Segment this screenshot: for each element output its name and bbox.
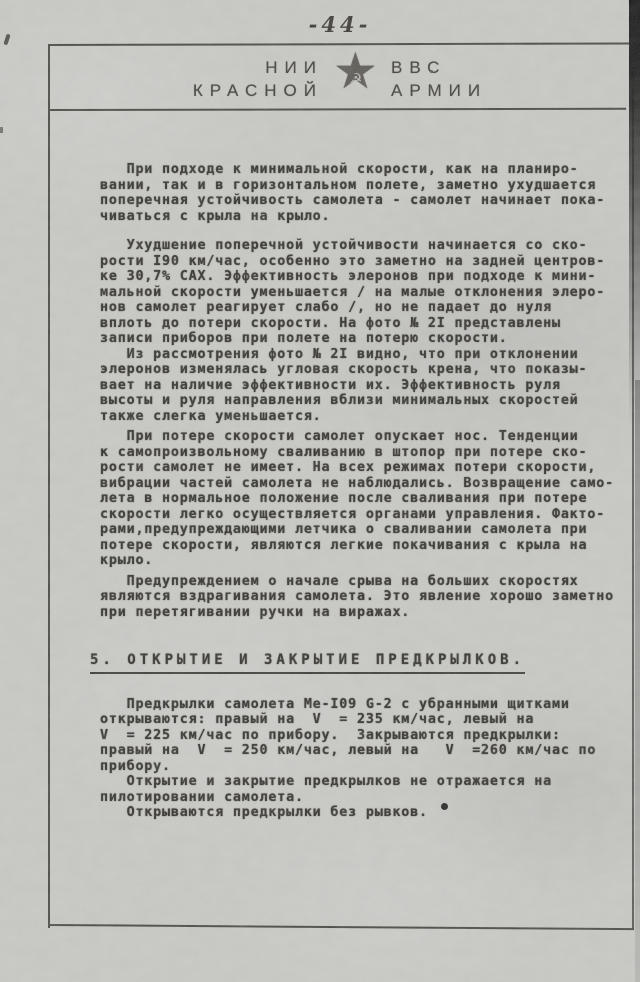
text-line: рости I90 км/час, особенно это заметно н… (100, 254, 626, 270)
ink-speck (441, 803, 448, 810)
text-line: высоты и руля направления вблизи минимал… (100, 393, 626, 409)
org-name-armii: АРМИИ (391, 79, 487, 102)
text-line: записи приборов при полете на потерю ско… (100, 331, 626, 347)
section-heading-wrap: 5. ОТКРЫТИЕ И ЗАКРЫТИЕ ПРЕДКРЫЛКОВ. (90, 653, 626, 674)
masthead-right-column: ВВС АРМИИ (391, 56, 487, 102)
scan-shadow-right-top (629, 0, 640, 430)
text-line: Предкрылки самолета Ме-I09 G-2 с убранны… (100, 697, 626, 713)
page-number: -44- (40, 12, 640, 37)
text-line: вает на наличие эффективности их. Эффект… (100, 378, 626, 394)
scan-shadow-right-bottom (635, 380, 640, 982)
text-line: правый на V = 250 км/час, левый на V =26… (100, 743, 626, 759)
text-line: Из рассмотрения фото № 2I видно, что при… (100, 347, 626, 363)
scan-speck-left-edge-2 (0, 127, 3, 133)
frame-rule-left (48, 44, 50, 928)
text-line: являются вздрагивания самолета. Это явле… (100, 589, 626, 605)
text-line: Открытие и закрытие предкрылков не отраж… (100, 774, 626, 790)
paragraph-lateral-stability-intro: При подходе к минимальной скорости, как … (100, 162, 626, 224)
text-line: V = 225 км/час по прибору. Закрываются п… (100, 728, 626, 744)
text-line: открываются: правый на V = 235 км/час, л… (100, 712, 626, 728)
paragraph-stability-degradation: Ухудшение поперечной устойчивости начина… (100, 238, 626, 424)
text-line: элеронов изменялась угловая скорость кре… (100, 362, 626, 378)
text-line: вибрации частей самолета не наблюдались.… (100, 476, 626, 492)
text-line: рости самолет не имеет. На всех режимах … (100, 460, 626, 476)
text-line: ке 30,7% САХ. Эффективность элеронов при… (100, 269, 626, 285)
paragraph-high-speed-stall-warning: Предупреждением о начале срыва на больши… (100, 574, 626, 621)
text-line: потере скорости, являются легкие покачив… (100, 538, 626, 554)
masthead: НИИ КРАСНОЙ ★ ☭ ВВС АРМИИ (48, 54, 632, 104)
paragraph-slats-operation: Предкрылки самолета Ме-I09 G-2 с убранны… (100, 697, 626, 821)
text-line: крыло. (100, 553, 626, 569)
hammer-and-sickle-icon: ☭ (349, 70, 362, 88)
text-line: вплоть до потери скорости. На фото № 2I … (100, 316, 626, 332)
org-name-nii: НИИ (193, 56, 323, 79)
text-line: прибору. (100, 759, 626, 775)
text-line: чиваться с крыла на крыло. (100, 209, 626, 225)
text-line: скорости легко осуществляется органами у… (100, 507, 626, 523)
ink-dot-after-vvs (430, 70, 433, 73)
text-line: Предупреждением о начале срыва на больши… (100, 574, 626, 590)
paragraph-stall-behavior: При потере скорости самолет опускает нос… (100, 429, 626, 569)
text-line: Открываются предкрылки без рывков. (100, 805, 626, 821)
text-line: к самопроизвольному сваливанию в штопор … (100, 445, 626, 461)
text-line: нов самолет реагирует слабо /, но не пад… (100, 300, 626, 316)
text-line: также слегка уменьшается. (100, 409, 626, 425)
section-heading: 5. ОТКРЫТИЕ И ЗАКРЫТИЕ ПРЕДКРЫЛКОВ. (90, 653, 525, 674)
masthead-left-column: НИИ КРАСНОЙ (193, 56, 323, 102)
text-line: рами,предупреждающими летчика о сваливан… (100, 522, 626, 538)
text-line: При потере скорости самолет опускает нос… (100, 429, 626, 445)
scanned-report-page: { "page": { "number_label": "-44-", "col… (0, 0, 640, 982)
text-line: вании, так и в горизонтальном полете, за… (100, 178, 626, 194)
text-line: при перетягивании ручки на виражах. (100, 605, 626, 621)
org-name-vvs: ВВС (391, 56, 487, 79)
text-line: Ухудшение поперечной устойчивости начина… (100, 238, 626, 254)
org-name-krasnoy: КРАСНОЙ (193, 79, 323, 102)
text-line: мальной скорости уменьшается / на малые … (100, 285, 626, 301)
text-line: При подходе к минимальной скорости, как … (100, 162, 626, 178)
text-line: пилотировании самолета. (100, 790, 626, 806)
typewritten-text-area: При подходе к минимальной скорости, как … (100, 162, 626, 821)
text-line: лета в нормальное положение после свалив… (100, 491, 626, 507)
text-line: поперечная устойчивость самолета - самол… (100, 193, 626, 209)
red-army-star-icon: ★ ☭ (333, 54, 381, 104)
